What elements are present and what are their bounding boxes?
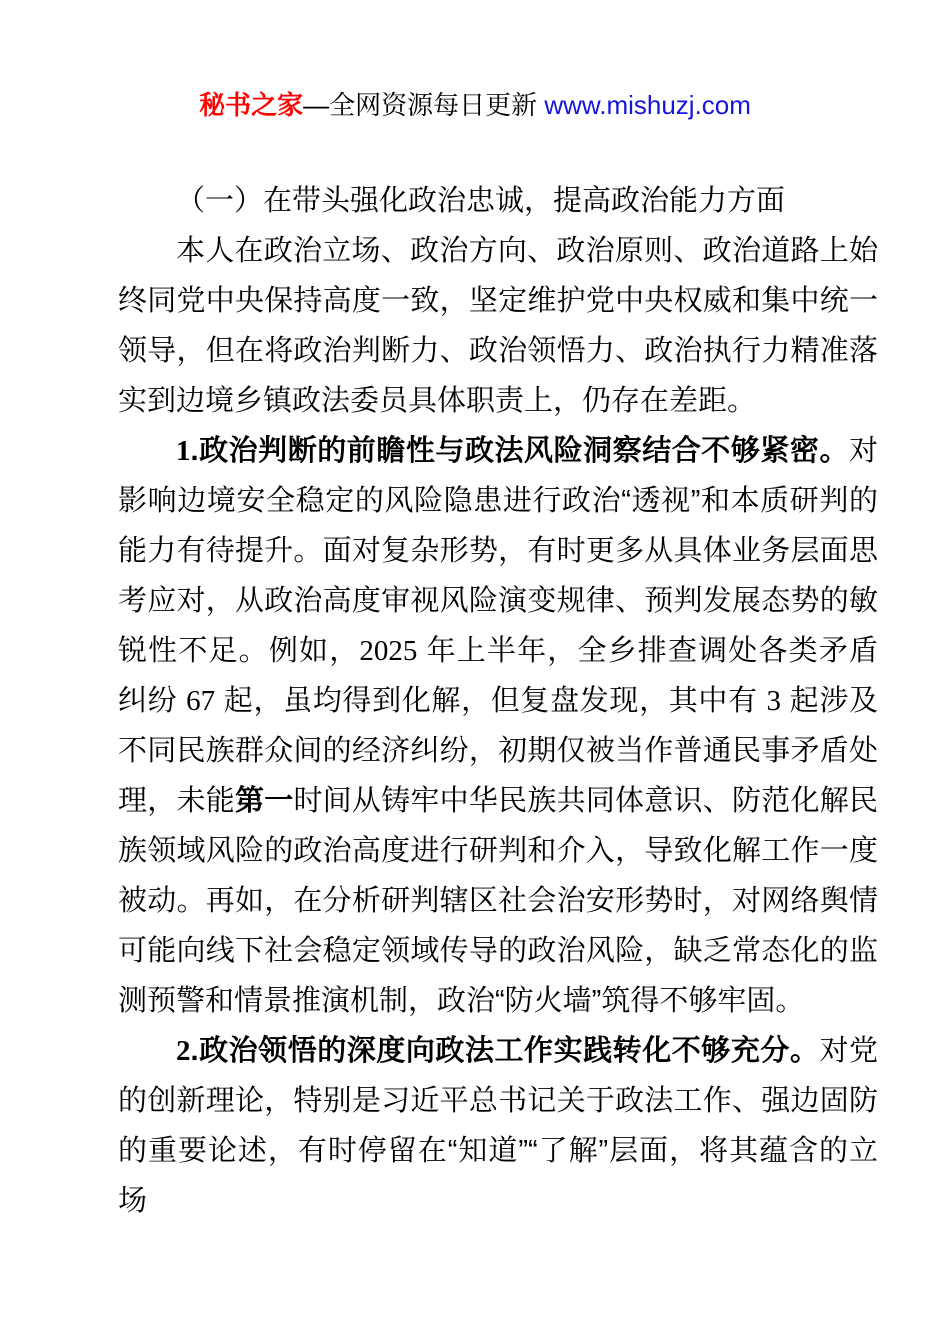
site-url-link[interactable]: www.mishuzj.com: [544, 90, 751, 120]
paragraph: 1.政治判断的前瞻性与政法风险洞察结合不够紧密。对影响边境安全稳定的风险隐患进行…: [118, 426, 878, 1026]
document-page: 秘书之家—全网资源每日更新 www.mishuzj.com （一）在带头强化政治…: [0, 0, 950, 1344]
section-heading: （一）在带头强化政治忠诚，提高政治能力方面: [118, 176, 878, 226]
site-name: 秘书之家: [199, 90, 303, 120]
document-body: （一）在带头强化政治忠诚，提高政治能力方面本人在政治立场、政治方向、政治原则、政…: [118, 176, 878, 1226]
site-watermark-header: 秘书之家—全网资源每日更新 www.mishuzj.com: [0, 86, 950, 124]
site-tagline: —全网资源每日更新: [303, 90, 544, 120]
paragraph: 2.政治领悟的深度向政法工作实践转化不够充分。对党的创新理论，特别是习近平总书记…: [118, 1026, 878, 1226]
paragraph: 本人在政治立场、政治方向、政治原则、政治道路上始终同党中央保持高度一致，坚定维护…: [118, 226, 878, 426]
